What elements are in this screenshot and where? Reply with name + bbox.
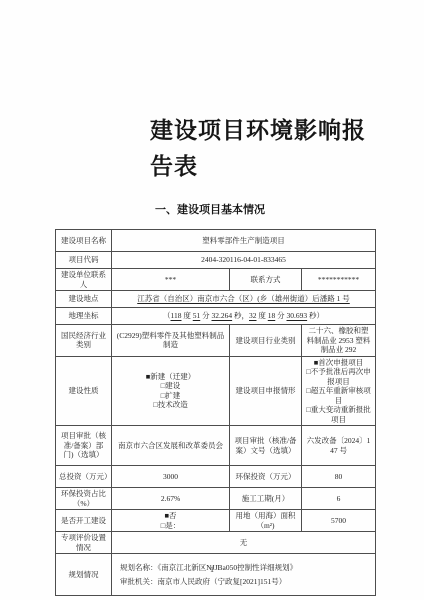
total-investment-label: 总投资（万元） [56,466,112,488]
document-title: 建设项目环境影响报告表 [150,112,382,184]
special-eval-label: 专项评价设置情况 [56,532,112,554]
table-row-coordinates: 地理坐标 （118 度 51 分 32.264 秒，32 度 18 分 30.6… [56,308,376,325]
table-row-ratio: 环保投资占比（%） 2.67% 施工工期(月） 6 [56,488,376,510]
checkbox-option: ■新建（迁建） [115,372,226,382]
checkbox-option: ■首次申报项目 [305,358,372,368]
land-area-value: 5700 [302,510,376,532]
nature-label: 建设性质 [56,356,112,426]
started-label: 是否开工建设 [56,510,112,532]
location-value: 江苏省（自治区）南京市六合（区）(乡（雄州街道）后潘路 1 号 [112,291,376,308]
nature-options: ■新建（迁建） □建设 □扩建 □技术改造 [112,356,230,426]
approval-doc-label: 项目审批（核准/备案）文号（选填） [230,426,302,466]
industry-label: 国民经济行业类别 [56,325,112,357]
total-investment-value: 3000 [112,466,230,488]
table-row-planning: 规划情况 规划名称：《南京江北新区NJJBa050控制性详细规划》 审批机关：南… [56,554,376,596]
checkbox-option: □是： [115,521,226,531]
env-ratio-value: 2.67% [112,488,230,510]
planning-authority-line: 审批机关：南京市人民政府（宁政复[2021]151号） [120,577,367,587]
project-code-label: 项目代码 [56,252,112,269]
table-row-contact: 建设单位联系人 *** 联系方式 *********** [56,269,376,291]
section-heading: 一、建设项目基本情况 [155,201,375,217]
industry-category-label: 建设项目行业类别 [230,325,302,357]
checkbox-option: □超五年重新审核项目 [305,386,372,405]
table-row-nature: 建设性质 ■新建（迁建） □建设 □扩建 □技术改造 建设项目申报情形 ■首次申… [56,356,376,426]
table-row-started: 是否开工建设 ■否 □是： 用地（用海）面积（m²) 5700 [56,510,376,532]
table-row-industry: 国民经济行业类别 (C2929)塑料零件及其他塑料制品制造 建设项目行业类别 二… [56,325,376,357]
checkbox-option: □建设 [115,381,226,391]
table-row-project-name: 建设项目名称 塑料零部件生产制造项目 [56,230,376,252]
construction-period-value: 6 [302,488,376,510]
coordinates-label: 地理坐标 [56,308,112,325]
special-eval-value: 无 [112,532,376,554]
checkbox-option: □不予批准后再次申报项目 [305,367,372,386]
document-page: 建设项目环境影响报告表 一、建设项目基本情况 建设项目名称 塑料零部件生产制造项… [0,0,424,600]
project-name-value: 塑料零部件生产制造项目 [112,230,376,252]
checkbox-option: □重大变动重新报批项目 [305,405,372,424]
declare-options: ■首次申报项目 □不予批准后再次申报项目 □超五年重新审核项目 □重大变动重新报… [302,356,376,426]
declare-label: 建设项目申报情形 [230,356,302,426]
approval-dept-label: 项目审批（核准/备案）部门)（选填） [56,426,112,466]
table-row-special-eval: 专项评价设置情况 无 [56,532,376,554]
checkbox-option: ■否 [115,511,226,521]
project-name-label: 建设项目名称 [56,230,112,252]
location-label: 建设地点 [56,291,112,308]
env-investment-label: 环保投资（万元） [230,466,302,488]
contact-value: *** [112,269,230,291]
project-code-value: 2404-320116-04-01-833465 [112,252,376,269]
industry-category-value: 二十六、橡胶和塑料制品业 2953 塑料制品业 292 [302,325,376,357]
checkbox-option: □扩建 [115,391,226,401]
table-row-investment: 总投资（万元） 3000 环保投资（万元） 80 [56,466,376,488]
contact-method-label: 联系方式 [230,269,302,291]
started-options: ■否 □是： [112,510,230,532]
basic-info-table: 建设项目名称 塑料零部件生产制造项目 项目代码 2404-320116-04-0… [55,229,376,596]
planning-label: 规划情况 [56,554,112,596]
table-row-location: 建设地点 江苏省（自治区）南京市六合（区）(乡（雄州街道）后潘路 1 号 [56,291,376,308]
env-ratio-label: 环保投资占比（%） [56,488,112,510]
construction-period-label: 施工工期(月） [230,488,302,510]
approval-doc-value: 六发改备〔2024〕147 号 [302,426,376,466]
page-number: 1 [0,565,424,574]
table-row-approval: 项目审批（核准/备案）部门)（选填） 南京市六合区发展和改革委员会 项目审批（核… [56,426,376,466]
coordinates-value: （118 度 51 分 32.264 秒，32 度 18 分 30.693 秒） [112,308,376,325]
table-row-project-code: 项目代码 2404-320116-04-01-833465 [56,252,376,269]
contact-label: 建设单位联系人 [56,269,112,291]
contact-method-value: *********** [302,269,376,291]
checkbox-option: □技术改造 [115,400,226,410]
land-area-label: 用地（用海）面积（m²) [230,510,302,532]
env-investment-value: 80 [302,466,376,488]
planning-value: 规划名称：《南京江北新区NJJBa050控制性详细规划》 审批机关：南京市人民政… [112,554,376,596]
industry-value: (C2929)塑料零件及其他塑料制品制造 [112,325,230,357]
approval-dept-value: 南京市六合区发展和改革委员会 [112,426,230,466]
